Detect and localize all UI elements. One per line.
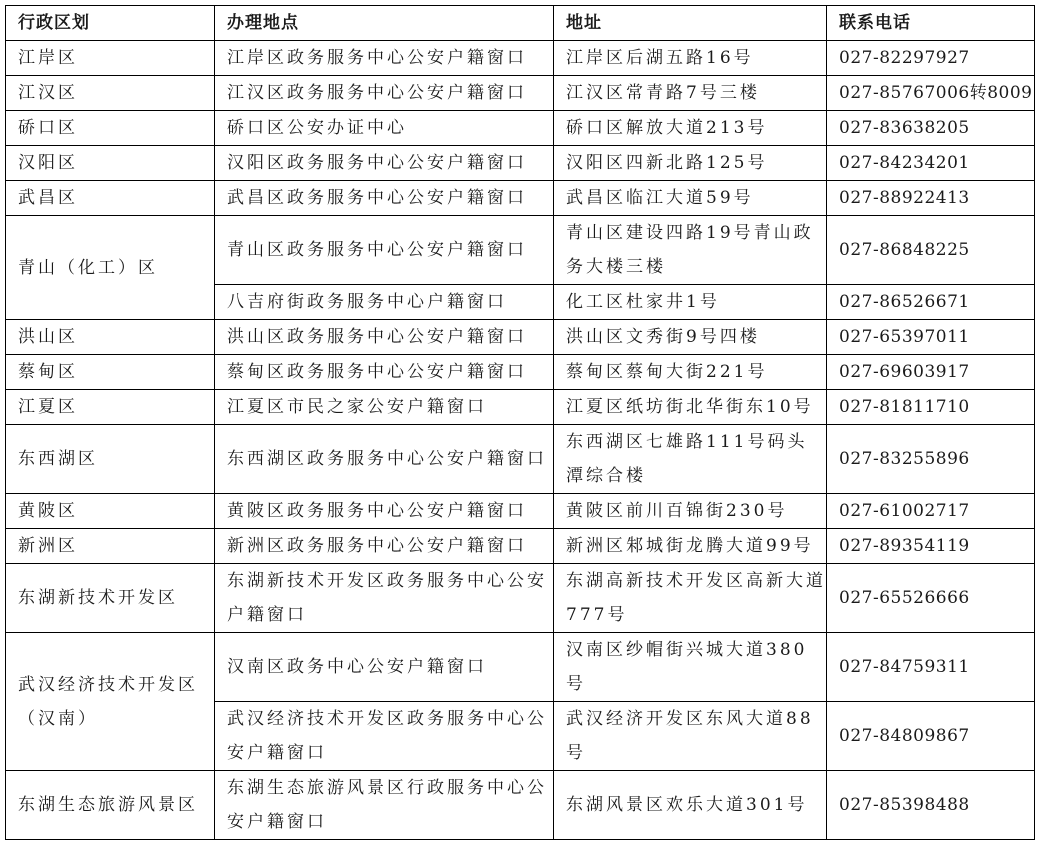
address-cell: 东湖风景区欢乐大道301号: [554, 771, 827, 840]
location-cell: 东西湖区政务服务中心公安户籍窗口: [215, 425, 554, 494]
phone-cell: 027-82297927: [827, 41, 1035, 76]
table-row: 东西湖区 东西湖区政务服务中心公安户籍窗口 东西湖区七雄路111号码头潭综合楼 …: [6, 425, 1035, 494]
district-cell: 汉阳区: [6, 146, 215, 181]
phone-cell: 027-86526671: [827, 285, 1035, 320]
table-row: 汉阳区 汉阳区政务服务中心公安户籍窗口 汉阳区四新北路125号 027-8423…: [6, 146, 1035, 181]
district-cell: 黄陂区: [6, 494, 215, 529]
district-cell: 蔡甸区: [6, 355, 215, 390]
district-cell: 江汉区: [6, 76, 215, 111]
location-cell: 新洲区政务服务中心公安户籍窗口: [215, 529, 554, 564]
phone-cell: 027-86848225: [827, 216, 1035, 285]
address-cell: 黄陂区前川百锦街230号: [554, 494, 827, 529]
phone-cell: 027-81811710: [827, 390, 1035, 425]
phone-cell: 027-85398488: [827, 771, 1035, 840]
district-cell: 江岸区: [6, 41, 215, 76]
district-cell: 东西湖区: [6, 425, 215, 494]
district-cell: 武汉经济技术开发区（汉南）: [6, 633, 215, 771]
household-registration-offices-table: 行政区划 办理地点 地址 联系电话 江岸区 江岸区政务服务中心公安户籍窗口 江岸…: [5, 5, 1035, 840]
header-address: 地址: [554, 6, 827, 41]
district-cell: 硚口区: [6, 111, 215, 146]
table-row: 东湖新技术开发区 东湖新技术开发区政务服务中心公安户籍窗口 东湖高新技术开发区高…: [6, 564, 1035, 633]
address-cell: 江汉区常青路7号三楼: [554, 76, 827, 111]
phone-cell: 027-84759311: [827, 633, 1035, 702]
address-cell: 蔡甸区蔡甸大街221号: [554, 355, 827, 390]
address-cell: 汉阳区四新北路125号: [554, 146, 827, 181]
district-cell: 江夏区: [6, 390, 215, 425]
address-cell: 东湖高新技术开发区高新大道777号: [554, 564, 827, 633]
address-cell: 武汉经济开发区东风大道88号: [554, 702, 827, 771]
location-cell: 洪山区政务服务中心公安户籍窗口: [215, 320, 554, 355]
district-cell: 青山（化工）区: [6, 216, 215, 320]
location-cell: 硚口区公安办证中心: [215, 111, 554, 146]
table-row: 武昌区 武昌区政务服务中心公安户籍窗口 武昌区临江大道59号 027-88922…: [6, 181, 1035, 216]
address-cell: 青山区建设四路19号青山政务大楼三楼: [554, 216, 827, 285]
district-cell: 洪山区: [6, 320, 215, 355]
address-cell: 武昌区临江大道59号: [554, 181, 827, 216]
table-row: 青山（化工）区 青山区政务服务中心公安户籍窗口 青山区建设四路19号青山政务大楼…: [6, 216, 1035, 285]
table-row: 江夏区 江夏区市民之家公安户籍窗口 江夏区纸坊街北华街东10号 027-8181…: [6, 390, 1035, 425]
location-cell: 东湖生态旅游风景区行政服务中心公安户籍窗口: [215, 771, 554, 840]
phone-cell: 027-83255896: [827, 425, 1035, 494]
address-cell: 江岸区后湖五路16号: [554, 41, 827, 76]
address-cell: 硚口区解放大道213号: [554, 111, 827, 146]
district-cell: 武昌区: [6, 181, 215, 216]
location-cell: 武汉经济技术开发区政务服务中心公安户籍窗口: [215, 702, 554, 771]
header-phone: 联系电话: [827, 6, 1035, 41]
location-cell: 八吉府街政务服务中心户籍窗口: [215, 285, 554, 320]
location-cell: 汉阳区政务服务中心公安户籍窗口: [215, 146, 554, 181]
table-row: 洪山区 洪山区政务服务中心公安户籍窗口 洪山区文秀街9号四楼 027-65397…: [6, 320, 1035, 355]
location-cell: 武昌区政务服务中心公安户籍窗口: [215, 181, 554, 216]
phone-cell: 027-88922413: [827, 181, 1035, 216]
phone-cell: 027-65526666: [827, 564, 1035, 633]
header-district: 行政区划: [6, 6, 215, 41]
table-row: 蔡甸区 蔡甸区政务服务中心公安户籍窗口 蔡甸区蔡甸大街221号 027-6960…: [6, 355, 1035, 390]
address-cell: 化工区杜家井1号: [554, 285, 827, 320]
address-cell: 新洲区邾城街龙腾大道99号: [554, 529, 827, 564]
table-row: 黄陂区 黄陂区政务服务中心公安户籍窗口 黄陂区前川百锦街230号 027-610…: [6, 494, 1035, 529]
district-cell: 东湖新技术开发区: [6, 564, 215, 633]
address-cell: 汉南区纱帽街兴城大道380号: [554, 633, 827, 702]
location-cell: 江夏区市民之家公安户籍窗口: [215, 390, 554, 425]
table-row: 东湖生态旅游风景区 东湖生态旅游风景区行政服务中心公安户籍窗口 东湖风景区欢乐大…: [6, 771, 1035, 840]
header-location: 办理地点: [215, 6, 554, 41]
location-cell: 江岸区政务服务中心公安户籍窗口: [215, 41, 554, 76]
district-cell: 新洲区: [6, 529, 215, 564]
phone-cell: 027-65397011: [827, 320, 1035, 355]
table-row: 武汉经济技术开发区（汉南） 汉南区政务中心公安户籍窗口 汉南区纱帽街兴城大道38…: [6, 633, 1035, 702]
table-row: 新洲区 新洲区政务服务中心公安户籍窗口 新洲区邾城街龙腾大道99号 027-89…: [6, 529, 1035, 564]
table-row: 江汉区 江汉区政务服务中心公安户籍窗口 江汉区常青路7号三楼 027-85767…: [6, 76, 1035, 111]
phone-cell: 027-84809867: [827, 702, 1035, 771]
location-cell: 黄陂区政务服务中心公安户籍窗口: [215, 494, 554, 529]
location-cell: 江汉区政务服务中心公安户籍窗口: [215, 76, 554, 111]
phone-cell: 027-61002717: [827, 494, 1035, 529]
address-cell: 洪山区文秀街9号四楼: [554, 320, 827, 355]
location-cell: 青山区政务服务中心公安户籍窗口: [215, 216, 554, 285]
phone-cell: 027-85767006转8009: [827, 76, 1035, 111]
table-row: 江岸区 江岸区政务服务中心公安户籍窗口 江岸区后湖五路16号 027-82297…: [6, 41, 1035, 76]
location-cell: 汉南区政务中心公安户籍窗口: [215, 633, 554, 702]
address-cell: 江夏区纸坊街北华街东10号: [554, 390, 827, 425]
header-row: 行政区划 办理地点 地址 联系电话: [6, 6, 1035, 41]
phone-cell: 027-83638205: [827, 111, 1035, 146]
phone-cell: 027-89354119: [827, 529, 1035, 564]
phone-cell: 027-69603917: [827, 355, 1035, 390]
address-cell: 东西湖区七雄路111号码头潭综合楼: [554, 425, 827, 494]
location-cell: 东湖新技术开发区政务服务中心公安户籍窗口: [215, 564, 554, 633]
district-cell: 东湖生态旅游风景区: [6, 771, 215, 840]
phone-cell: 027-84234201: [827, 146, 1035, 181]
table-row: 硚口区 硚口区公安办证中心 硚口区解放大道213号 027-83638205: [6, 111, 1035, 146]
location-cell: 蔡甸区政务服务中心公安户籍窗口: [215, 355, 554, 390]
